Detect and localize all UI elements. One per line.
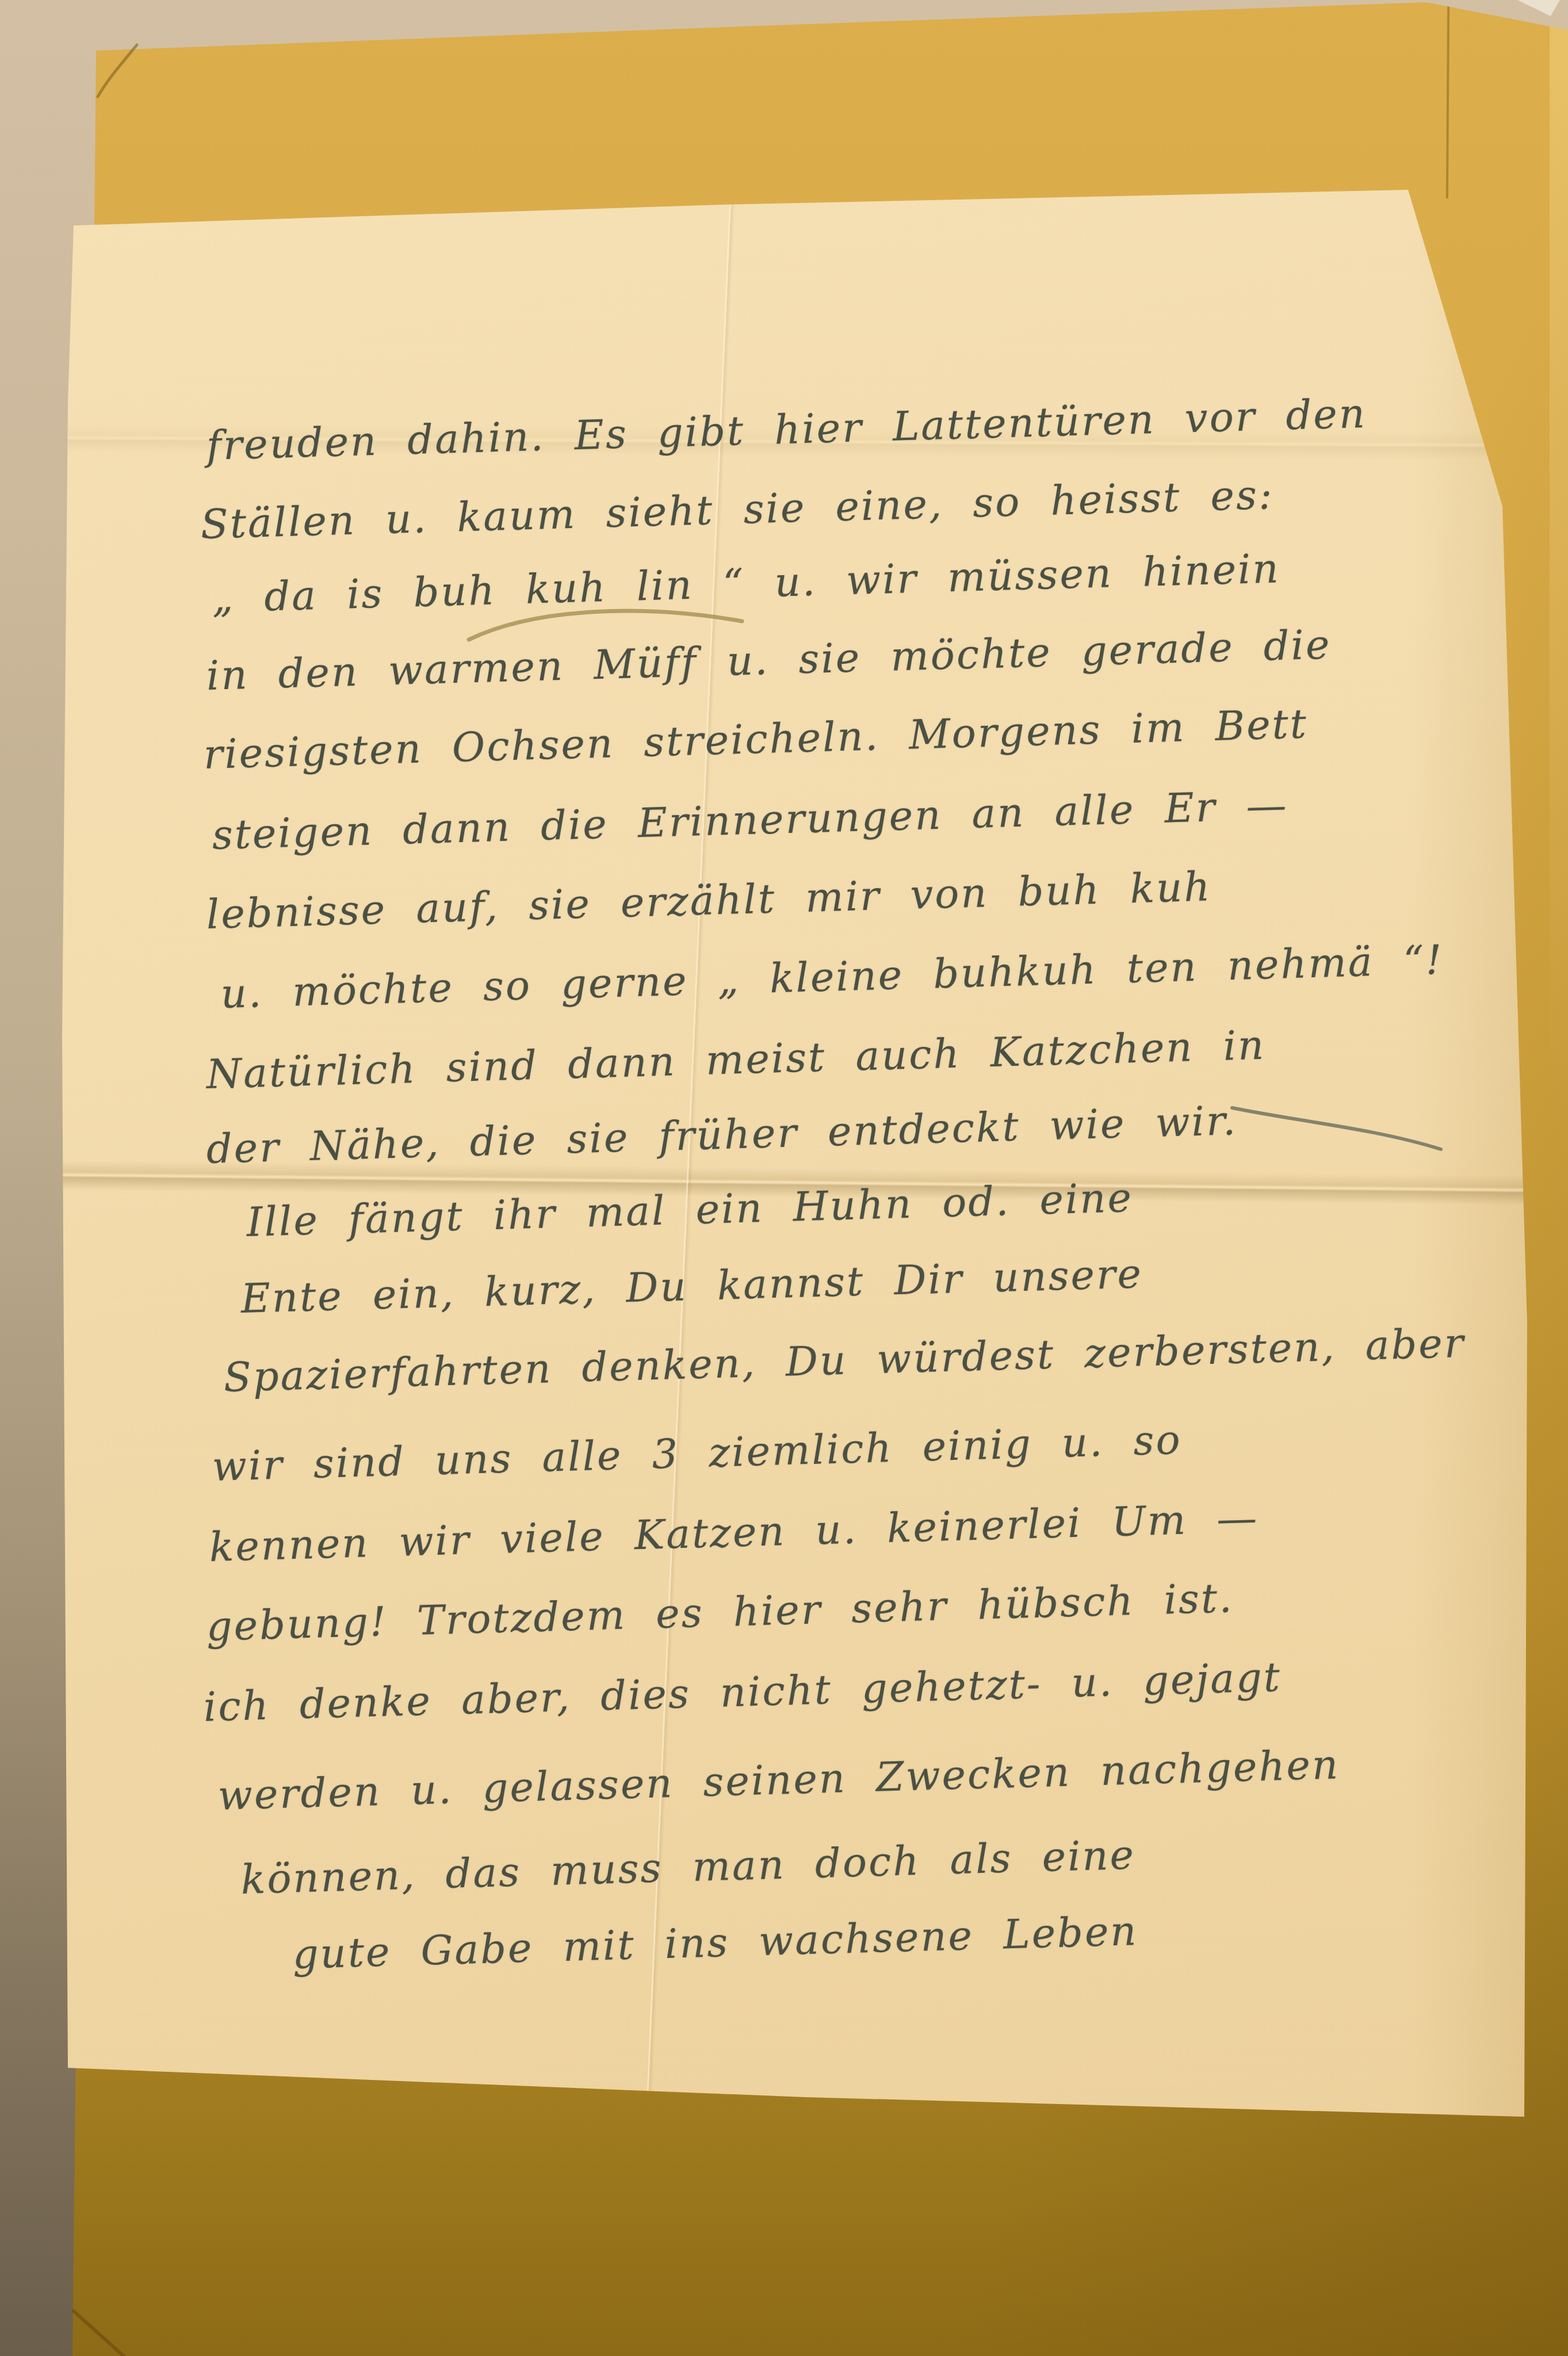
handwritten-line: kennen wir viele Katzen u. keinerlei Um … [209, 1494, 1259, 1571]
folder-edge-highlight [1550, 0, 1568, 1093]
photo-canvas: freuden dahin. Es gibt hier Lattentüren … [0, 0, 1568, 2356]
handwritten-line: Natürlich sind dann meist auch Katzchen … [206, 1022, 1266, 1098]
handwritten-line: wir sind uns alle 3 ziemlich einig u. so [212, 1416, 1183, 1490]
handwritten-line: lebnisse auf, sie erzählt mir von buh ku… [206, 863, 1213, 938]
handwritten-line: werden u. gelassen seinen Zwecken nachge… [217, 1741, 1340, 1819]
handwritten-line: Spazierfahrten denken, Du würdest zerber… [223, 1319, 1466, 1401]
handwritten-line: steigen dann die Erinnerungen an alle Er… [212, 782, 1289, 859]
handwritten-line: gebung! Trotzdem es hier sehr hübsch ist… [206, 1574, 1234, 1650]
handwritten-line: Ställen u. kaum sieht sie eine, so heiss… [200, 471, 1275, 548]
handwritten-line: „ da is buh kuh lin “ u. wir müssen hine… [212, 545, 1281, 622]
handwritten-line: können, das muss man doch als eine [240, 1831, 1136, 1903]
handwritten-line: in den warmen Müff u. sie möchte gerade … [206, 621, 1332, 699]
handwritten-line: freuden dahin. Es gibt hier Lattentüren … [206, 390, 1367, 469]
handwritten-line: Ente ein, kurz, Du kannst Dir unsere [240, 1250, 1144, 1322]
handwritten-line: der Nähe, die sie früher entdeckt wie wi… [206, 1097, 1238, 1173]
handwritten-line: ich denke aber, dies nicht gehetzt- u. g… [203, 1654, 1282, 1731]
folder-fold-crease [1446, 0, 1450, 198]
handwritten-line: Ille fängt ihr mal ein Huhn od. eine [246, 1174, 1134, 1246]
letter-page: freuden dahin. Es gibt hier Lattentüren … [0, 0, 1568, 2356]
handwriting-block: freuden dahin. Es gibt hier Lattentüren … [0, 0, 1568, 2356]
handwritten-line: riesigsten Ochsen streicheln. Morgens im… [203, 700, 1309, 778]
handwritten-line: gute Gabe mit ins wachsene Leben [292, 1907, 1139, 1978]
handwritten-line: u. möchte so gerne „ kleine buhkuh ten n… [220, 936, 1444, 1018]
torn-paper-fragment [1517, 0, 1560, 16]
